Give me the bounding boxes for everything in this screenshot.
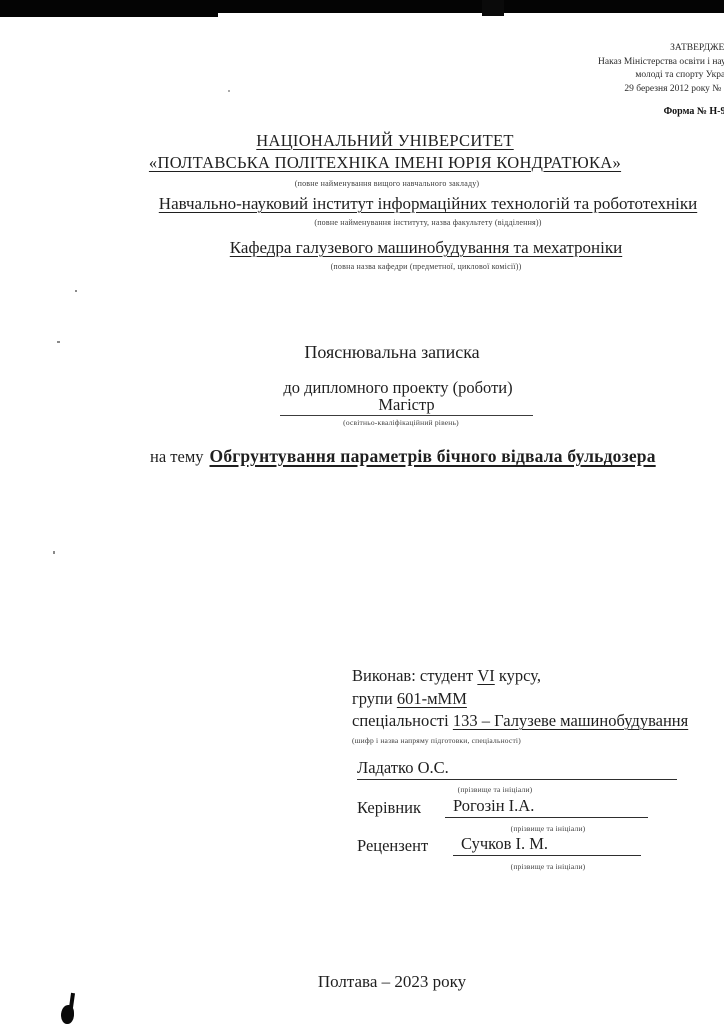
performed-line: Виконав: студент VI курсу,: [352, 665, 688, 688]
supervisor-name: Рогозін І.А.: [445, 796, 648, 818]
department-caption: (повна назва кафедри (предметної, циклов…: [331, 262, 522, 271]
course-suffix: курсу,: [499, 666, 541, 685]
supervisor-name-caption: (прізвище та ініціали): [511, 824, 586, 833]
degree-level: Магістр: [280, 395, 533, 416]
course-number: VI: [477, 666, 494, 685]
degree-caption: (освітньо-кваліфікаційний рівень): [343, 418, 459, 427]
topic-line: на темуОбгрунтування параметрів бічного …: [150, 446, 656, 467]
scan-speck: [53, 551, 55, 554]
approval-line: молоді та спорту України: [538, 69, 724, 83]
topic-prefix: на тему: [150, 447, 204, 466]
group-line: групи 601-мММ: [352, 688, 688, 711]
reviewer-name: Сучков І. М.: [453, 834, 641, 856]
department-name: Кафедра галузевого машинобудування та ме…: [230, 238, 622, 258]
scan-speck: [228, 90, 230, 92]
city-year-line: Полтава – 2023 року: [318, 972, 466, 992]
reviewer-name-caption: (прізвище та ініціали): [511, 862, 586, 871]
supervisor-label: Керівник: [357, 798, 445, 818]
university-name-caption: (повне найменування вищого навчального з…: [295, 179, 480, 188]
document-type-title: Пояснювальна записка: [304, 342, 479, 363]
university-name-line2: «ПОЛТАВСЬКА ПОЛІТЕХНІКА ІМЕНІ ЮРІЯ КОНДР…: [149, 153, 621, 173]
document-page: ЗАТВЕРДЖЕНО Наказ Міністерства освіти і …: [0, 0, 724, 1024]
approval-stamp-block: ЗАТВЕРДЖЕНО Наказ Міністерства освіти і …: [538, 42, 724, 119]
group-prefix: групи: [352, 689, 393, 708]
institute-name: Навчально-науковий інститут інформаційни…: [159, 194, 697, 214]
author-block: Виконав: студент VI курсу, групи 601-мММ…: [352, 665, 688, 733]
scan-speck: [57, 341, 60, 343]
university-name-line1: НАЦІОНАЛЬНИЙ УНІВЕРСИТЕТ: [256, 131, 513, 151]
specialty-name: 133 – Галузеве машинобудування: [453, 711, 688, 730]
approval-line: 29 березня 2012 року № 384: [538, 83, 724, 97]
reviewer-row: РецензентСучков І. М.: [357, 834, 641, 857]
scan-edge-bar-bump: [482, 0, 504, 16]
student-name-line: Ладатко О.С.: [357, 758, 677, 780]
student-name-caption: (прізвище та ініціали): [458, 785, 533, 794]
scan-speck: [75, 290, 77, 292]
form-number: Форма № Н-9.02: [538, 105, 724, 119]
scan-edge-bar-left: [0, 0, 218, 17]
ink-blot: [61, 1005, 74, 1024]
specialty-prefix: спеціальності: [352, 711, 449, 730]
institute-caption: (повне найменування інституту, назва фак…: [314, 218, 541, 227]
approval-line: Наказ Міністерства освіти і науки,: [538, 56, 724, 70]
topic-title: Обгрунтування параметрів бічного відвала…: [210, 446, 656, 466]
supervisor-row: КерівникРогозін І.А.: [357, 796, 648, 819]
performed-prefix: Виконав: студент: [352, 666, 473, 685]
specialty-line: спеціальності 133 – Галузеве машинобудув…: [352, 710, 688, 733]
group-code: 601-мММ: [397, 689, 467, 708]
specialty-caption: (шифр і назва напряму підготовки, спеціа…: [352, 736, 521, 745]
reviewer-label: Рецензент: [357, 836, 453, 856]
approval-line: ЗАТВЕРДЖЕНО: [538, 42, 724, 56]
